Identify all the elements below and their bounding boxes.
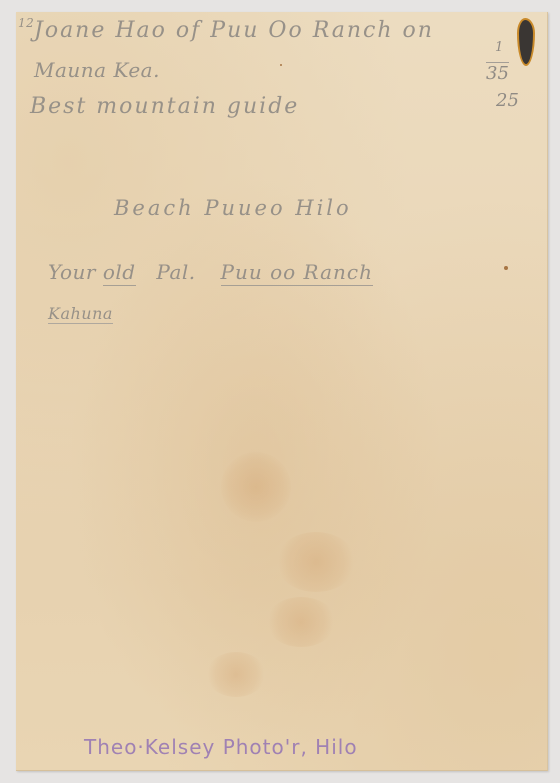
photographer-stamp: Theo·Kelsey Photo'r, Hilo (84, 735, 358, 759)
inscription-line-1: Joane Hao of Puu Oo Ranch on (34, 18, 434, 43)
margin-tick: 1 (495, 40, 503, 55)
inscription-line-4: Beach Puueo Hilo (114, 196, 352, 220)
corner-mark: 12 (18, 16, 34, 30)
inscription-line-5: Your old Pal. Puu oo Ranch (48, 260, 373, 284)
margin-number-25: 25 (496, 90, 519, 111)
foxing-stain (266, 597, 336, 647)
foxing-stain (206, 652, 266, 697)
inscription-line-3: Best mountain guide (30, 94, 299, 119)
ink-stain (519, 20, 533, 64)
inscription-your: Your (48, 260, 96, 284)
inscription-ranch: Puu oo Ranch (221, 260, 373, 286)
photo-card-back: 12 Joane Hao of Puu Oo Ranch on Mauna Ke… (16, 12, 548, 771)
foxing-dot (504, 266, 508, 270)
foxing-dot (280, 64, 282, 66)
inscription-pal: Pal. (156, 260, 195, 284)
inscription-line-2: Mauna Kea. (34, 58, 160, 82)
margin-number-35: 35 (486, 62, 509, 84)
foxing-stain (221, 452, 291, 522)
inscription-old: old (103, 260, 136, 286)
inscription-line-6: Kahuna (48, 304, 113, 324)
foxing-stain (276, 532, 356, 592)
